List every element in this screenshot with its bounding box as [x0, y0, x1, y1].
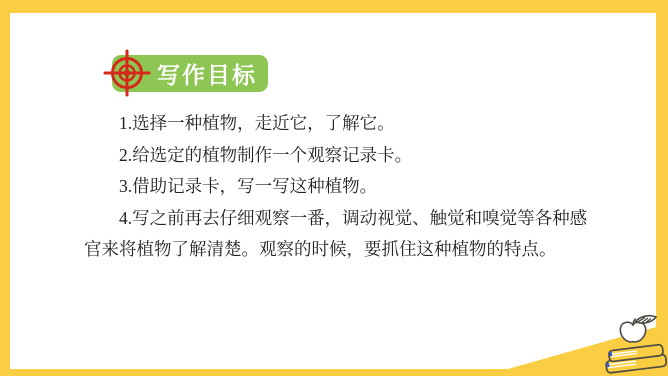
goal-item-4: 4.写之前再去仔细观察一番，调动视觉、触觉和嗅觉等各种感官来将植物了解清楚。观察… [84, 203, 592, 266]
goal-item-3: 3.借助记录卡，写一写这种植物。 [84, 171, 592, 203]
apple-books-icon [596, 312, 668, 376]
goal-item-2: 2.给选定的植物制作一个观察记录卡。 [84, 140, 592, 172]
goals-list: 1.选择一种植物，走近它，了解它。 2.给选定的植物制作一个观察记录卡。 3.借… [84, 108, 592, 266]
slide: 1.选择一种植物，走近它，了解它。 2.给选定的植物制作一个观察记录卡。 3.借… [0, 0, 668, 376]
badge-label: 写作目标 [157, 57, 257, 90]
goal-item-1: 1.选择一种植物，走近它，了解它。 [84, 108, 592, 140]
target-icon [103, 49, 151, 97]
